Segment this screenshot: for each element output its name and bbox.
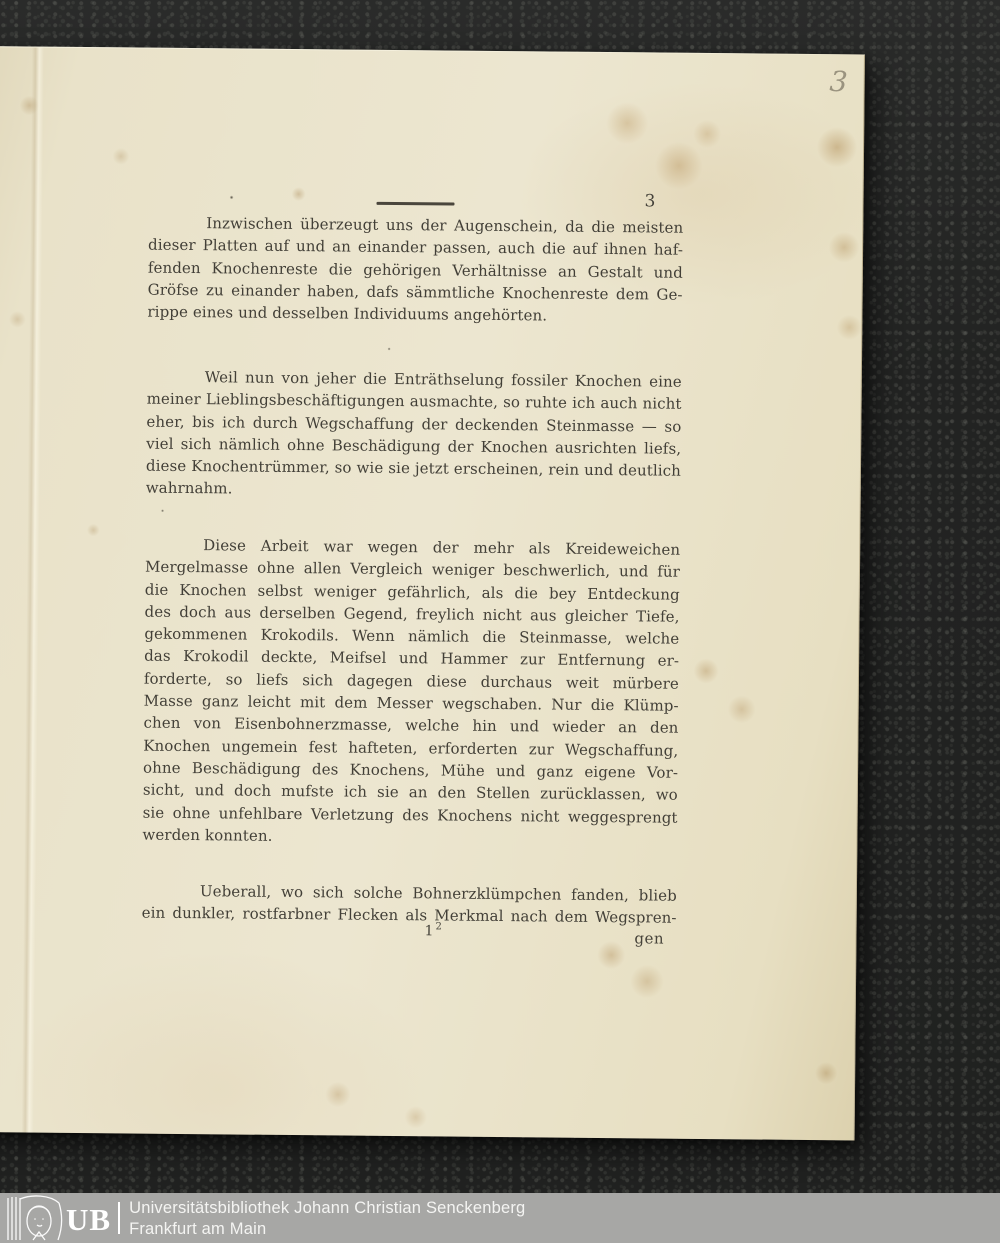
book-scan-view: 3 3 Inzwischen überzeugt uns der Augensc… [0, 0, 1000, 1243]
text-line: wahrnahm. [146, 477, 681, 504]
book-page: 3 3 Inzwischen überzeugt uns der Augensc… [0, 46, 865, 1140]
ub-logo-graphic [6, 1194, 64, 1242]
paragraph-2: Weil nun von jeher die Enträthselung fos… [146, 366, 682, 505]
section-rule [376, 202, 454, 205]
paragraph-3: Diese Arbeit war wegen der mehr als Krei… [142, 534, 680, 851]
signature-mark: 12 [424, 921, 443, 939]
catchword: gen [634, 929, 664, 947]
gutter-crease [22, 47, 44, 1132]
library-footer-bar: UB Universitätsbibliothek Johann Christi… [0, 1193, 1000, 1243]
ub-logo-text: UB [66, 1204, 111, 1235]
library-city: Frankfurt am Main [129, 1219, 525, 1240]
handwritten-folio-number: 3 [829, 65, 849, 99]
library-name: Universitätsbibliothek Johann Christian … [129, 1198, 525, 1219]
logo-separator [118, 1202, 120, 1234]
paragraph-1: Inzwischen überzeugt uns der Augenschein… [147, 212, 683, 329]
printed-page-number: 3 [644, 191, 656, 211]
ub-logo: UB [6, 1193, 129, 1243]
page-foot-row: 12 gen [141, 919, 676, 948]
